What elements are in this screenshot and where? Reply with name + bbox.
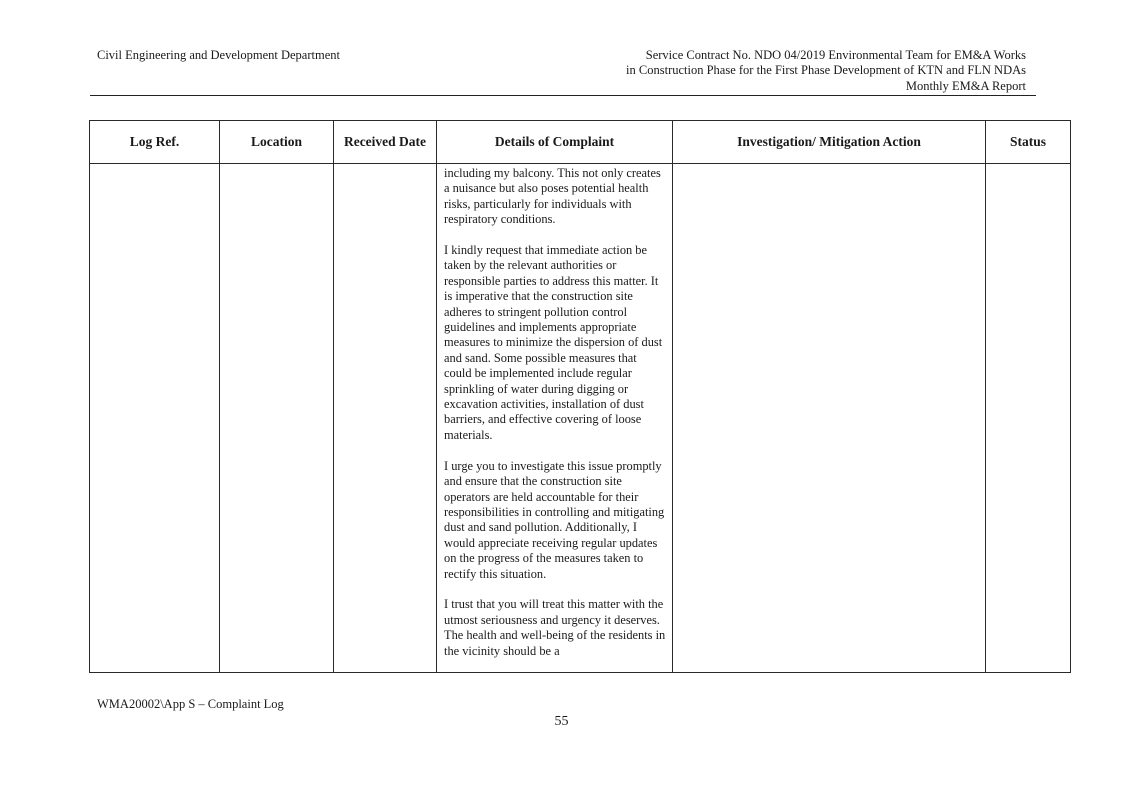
footer-document-ref: WMA20002\App S – Complaint Log <box>97 697 284 712</box>
cell-status <box>986 164 1071 673</box>
header-contract-line-1: Service Contract No. NDO 04/2019 Environ… <box>626 48 1026 63</box>
header-contract-line-2: in Construction Phase for the First Phas… <box>626 63 1026 78</box>
column-header-details: Details of Complaint <box>437 121 673 164</box>
cell-details-of-complaint: including my balcony. This not only crea… <box>437 164 673 673</box>
column-header-location: Location <box>220 121 334 164</box>
complaint-paragraph: I kindly request that immediate action b… <box>444 243 666 443</box>
header-report-title: Monthly EM&A Report <box>626 79 1026 94</box>
column-header-status: Status <box>986 121 1071 164</box>
header-divider <box>90 95 1036 96</box>
cell-location <box>220 164 334 673</box>
complaint-log-table: Log Ref. Location Received Date Details … <box>89 120 1071 673</box>
complaint-paragraph: I trust that you will treat this matter … <box>444 597 666 659</box>
page-number: 55 <box>0 714 1123 730</box>
table-row: including my balcony. This not only crea… <box>90 164 1071 673</box>
column-header-investigation: Investigation/ Mitigation Action <box>673 121 986 164</box>
header-contract-info: Service Contract No. NDO 04/2019 Environ… <box>626 48 1026 94</box>
complaint-paragraph: including my balcony. This not only crea… <box>444 166 666 228</box>
cell-log-ref <box>90 164 220 673</box>
cell-investigation-action <box>673 164 986 673</box>
header-organization: Civil Engineering and Development Depart… <box>97 48 340 63</box>
column-header-log-ref: Log Ref. <box>90 121 220 164</box>
cell-received-date <box>334 164 437 673</box>
complaint-paragraph: I urge you to investigate this issue pro… <box>444 459 666 582</box>
table-header-row: Log Ref. Location Received Date Details … <box>90 121 1071 164</box>
column-header-received-date: Received Date <box>334 121 437 164</box>
